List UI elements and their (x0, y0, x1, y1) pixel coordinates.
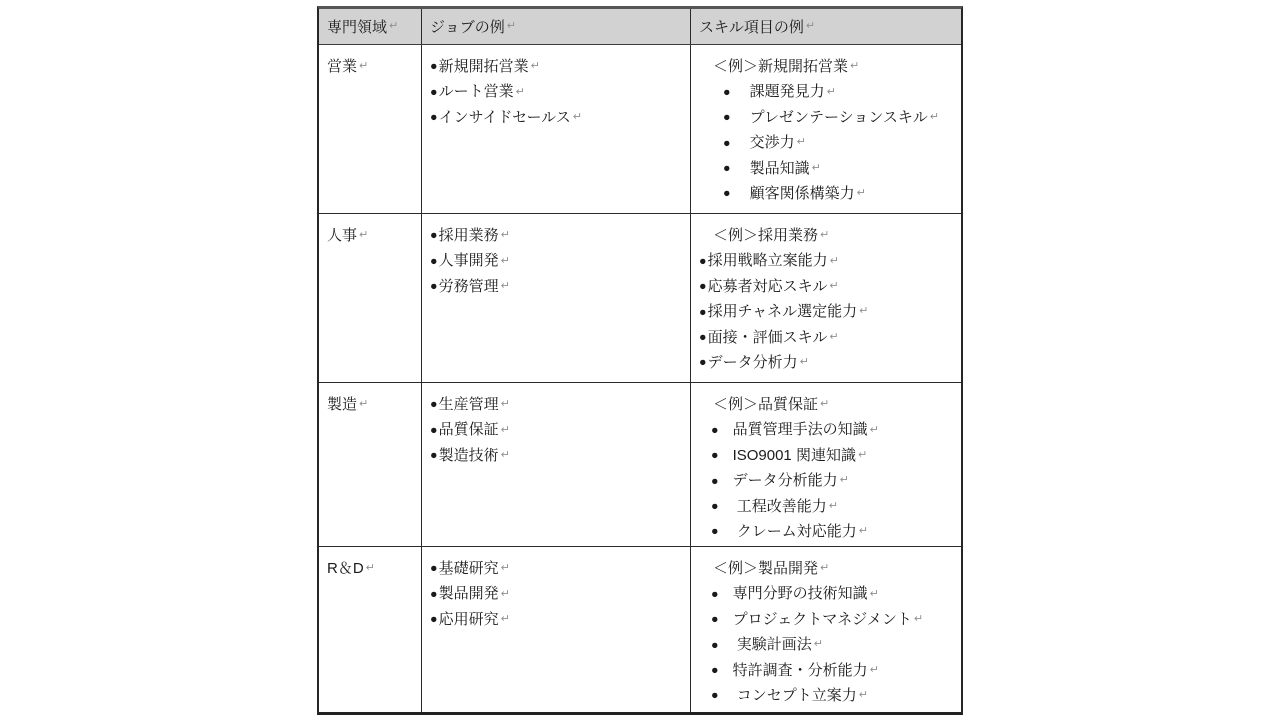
cell-end-mark: ↵ (800, 357, 809, 368)
cell-end-mark: ↵ (501, 399, 510, 410)
cell-end-mark: ↵ (850, 61, 859, 72)
skill-text: 品質管理手法の知識 (733, 417, 868, 442)
bullet-icon: ● (699, 306, 707, 319)
cell-end-mark: ↵ (812, 163, 821, 174)
cell-end-mark: ↵ (501, 450, 510, 461)
bullet-icon: ● (711, 424, 719, 437)
cell-end-mark: ↵ (507, 21, 516, 32)
skill-text: 採用戦略立案能力 (708, 248, 828, 273)
skill-item: ● 実験計画法↵ (699, 632, 953, 657)
skill-item: ●プレゼンテーションスキル↵ (699, 105, 953, 130)
cell-end-mark: ↵ (827, 87, 836, 98)
bullet-icon: ● (430, 562, 438, 575)
bullet-icon: ● (723, 86, 731, 99)
skills-title-text: ＜例＞採用業務 (713, 223, 818, 248)
area-label: R＆D↵ (327, 556, 413, 581)
header-label: スキル項目の例 (699, 16, 804, 37)
bullet-icon: ● (711, 500, 719, 513)
skill-item: ●採用チャネル選定能力↵ (699, 299, 953, 324)
cell-end-mark: ↵ (870, 589, 879, 600)
job-item: ●応用研究↵ (430, 607, 682, 632)
job-text: 人事開発 (439, 248, 499, 273)
jobs-cell: ●基礎研究↵●製品開発↵●応用研究↵ (422, 547, 691, 712)
job-text: インサイドセールス (439, 105, 571, 130)
job-text: ルート営業 (439, 79, 514, 104)
cell-end-mark: ↵ (501, 230, 510, 241)
skill-text: データ分析能力 (733, 468, 838, 493)
cell-end-mark: ↵ (914, 614, 923, 625)
bullet-icon: ● (711, 613, 719, 626)
cell-end-mark: ↵ (389, 21, 398, 32)
job-text: 製造技術 (439, 443, 499, 468)
skills-cell: ＜例＞製品開発↵●専門分野の技術知識↵●プロジェクトマネジメント↵● 実験計画法… (691, 547, 961, 712)
skills-example-title: ＜例＞製品開発↵ (699, 556, 953, 581)
job-text: 新規開拓営業 (439, 54, 529, 79)
cell-end-mark: ↵ (829, 501, 838, 512)
cell-end-mark: ↵ (814, 639, 823, 650)
skill-item: ● コンセプト立案力↵ (699, 683, 953, 708)
cell-end-mark: ↵ (858, 450, 867, 461)
bullet-icon: ● (699, 280, 707, 293)
cell-end-mark: ↵ (366, 563, 375, 574)
skill-text: クレーム対応能力 (733, 519, 857, 544)
skills-cell: ＜例＞新規開拓営業↵●課題発見力↵●プレゼンテーションスキル↵●交渉力↵●製品知… (691, 45, 961, 214)
bullet-icon: ● (699, 356, 707, 369)
area-label: 営業↵ (327, 54, 413, 79)
cell-end-mark: ↵ (820, 563, 829, 574)
jobs-cell: ●新規開拓営業↵●ルート営業↵●インサイドセールス↵ (422, 45, 691, 214)
skill-text: 実験計画法 (733, 632, 812, 657)
skill-item: ●課題発見力↵ (699, 79, 953, 104)
job-text: 製品開発 (439, 581, 499, 606)
job-text: 生産管理 (439, 392, 499, 417)
skills-cell: ＜例＞採用業務↵●採用戦略立案能力↵●応募者対応スキル↵●採用チャネル選定能力↵… (691, 214, 961, 383)
job-item: ●ルート営業↵ (430, 79, 682, 104)
skills-title-text: ＜例＞新規開拓営業 (713, 54, 848, 79)
skill-text: 顧客関係構築力 (750, 181, 855, 206)
cell-end-mark: ↵ (806, 21, 815, 32)
cell-end-mark: ↵ (829, 281, 838, 292)
job-item: ●品質保証↵ (430, 417, 682, 442)
header-cell-skills: スキル項目の例↵ (691, 9, 961, 45)
bullet-icon: ● (430, 86, 438, 99)
job-item: ●インサイドセールス↵ (430, 105, 682, 130)
bullet-icon: ● (711, 588, 719, 601)
job-item: ●労務管理↵ (430, 274, 682, 299)
skill-text: 面接・評価スキル (708, 325, 828, 350)
area-text: 営業 (327, 54, 357, 79)
cell-end-mark: ↵ (859, 526, 868, 537)
skill-item: ●応募者対応スキル↵ (699, 274, 953, 299)
cell-end-mark: ↵ (516, 87, 525, 98)
cell-end-mark: ↵ (859, 306, 868, 317)
bullet-icon: ● (699, 255, 707, 268)
skills-table: 専門領域↵ ジョブの例↵ スキル項目の例↵ 営業↵●新規開拓営業↵●ルート営業↵… (317, 6, 963, 715)
bullet-icon: ● (711, 475, 719, 488)
area-label: 製造↵ (327, 392, 413, 417)
jobs-cell: ●生産管理↵●品質保証↵●製造技術↵ (422, 383, 691, 547)
skill-text: コンセプト立案力 (733, 683, 857, 708)
cell-end-mark: ↵ (870, 425, 879, 436)
bullet-icon: ● (430, 255, 438, 268)
skill-text: ISO9001 関連知識 (733, 443, 856, 468)
job-item: ●製造技術↵ (430, 443, 682, 468)
skills-example-title: ＜例＞品質保証↵ (699, 392, 953, 417)
area-cell: R＆D↵ (319, 547, 422, 712)
cell-end-mark: ↵ (930, 112, 939, 123)
skill-item: ●面接・評価スキル↵ (699, 325, 953, 350)
area-text: 人事 (327, 223, 357, 248)
skill-text: 採用チャネル選定能力 (708, 299, 858, 324)
skill-text: 特許調査・分析能力 (733, 658, 868, 683)
area-text: 製造 (327, 392, 357, 417)
bullet-icon: ● (430, 60, 438, 73)
jobs-cell: ●採用業務↵●人事開発↵●労務管理↵ (422, 214, 691, 383)
job-text: 採用業務 (439, 223, 499, 248)
bullet-icon: ● (723, 162, 731, 175)
cell-end-mark: ↵ (870, 665, 879, 676)
skills-title-text: ＜例＞品質保証 (713, 392, 818, 417)
skill-item: ●交渉力↵ (699, 130, 953, 155)
cell-end-mark: ↵ (501, 281, 510, 292)
skills-example-title: ＜例＞採用業務↵ (699, 223, 953, 248)
cell-end-mark: ↵ (501, 256, 510, 267)
skill-item: ●プロジェクトマネジメント↵ (699, 607, 953, 632)
cell-end-mark: ↵ (840, 475, 849, 486)
skill-item: ●ISO9001 関連知識↵ (699, 443, 953, 468)
job-item: ●新規開拓営業↵ (430, 54, 682, 79)
skill-text: 専門分野の技術知識 (733, 581, 868, 606)
cell-end-mark: ↵ (820, 399, 829, 410)
bullet-icon: ● (723, 111, 731, 124)
cell-end-mark: ↵ (501, 563, 510, 574)
cell-end-mark: ↵ (859, 690, 868, 701)
skill-item: ●専門分野の技術知識↵ (699, 581, 953, 606)
bullet-icon: ● (430, 398, 438, 411)
cell-end-mark: ↵ (830, 256, 839, 267)
skills-example-title: ＜例＞新規開拓営業↵ (699, 54, 953, 79)
bullet-icon: ● (711, 525, 719, 538)
skill-item: ●特許調査・分析能力↵ (699, 658, 953, 683)
cell-end-mark: ↵ (359, 230, 368, 241)
skills-title-text: ＜例＞製品開発 (713, 556, 818, 581)
area-cell: 製造↵ (319, 383, 422, 547)
cell-end-mark: ↵ (501, 589, 510, 600)
bullet-icon: ● (723, 137, 731, 150)
header-cell-jobs: ジョブの例↵ (422, 9, 691, 45)
job-text: 品質保証 (439, 417, 499, 442)
job-text: 基礎研究 (439, 556, 499, 581)
job-item: ●生産管理↵ (430, 392, 682, 417)
skill-text: 課題発見力 (750, 79, 825, 104)
skill-text: 交渉力 (750, 130, 795, 155)
bullet-icon: ● (711, 639, 719, 652)
bullet-icon: ● (711, 664, 719, 677)
job-item: ●製品開発↵ (430, 581, 682, 606)
cell-end-mark: ↵ (829, 332, 838, 343)
bullet-icon: ● (430, 229, 438, 242)
skill-item: ●採用戦略立案能力↵ (699, 248, 953, 273)
skill-item: ● クレーム対応能力↵ (699, 519, 953, 544)
cell-end-mark: ↵ (501, 614, 510, 625)
skill-text: 工程改善能力 (733, 494, 827, 519)
job-item: ●人事開発↵ (430, 248, 682, 273)
bullet-icon: ● (430, 588, 438, 601)
bullet-icon: ● (430, 449, 438, 462)
cell-end-mark: ↵ (531, 61, 540, 72)
skill-item: ●データ分析能力↵ (699, 468, 953, 493)
skills-cell: ＜例＞品質保証↵●品質管理手法の知識↵●ISO9001 関連知識↵●データ分析能… (691, 383, 961, 547)
area-text: R＆D (327, 556, 364, 581)
skill-item: ●品質管理手法の知識↵ (699, 417, 953, 442)
area-cell: 人事↵ (319, 214, 422, 383)
cell-end-mark: ↵ (820, 230, 829, 241)
bullet-icon: ● (430, 613, 438, 626)
header-cell-area: 専門領域↵ (319, 9, 422, 45)
cell-end-mark: ↵ (857, 188, 866, 199)
cell-end-mark: ↵ (359, 399, 368, 410)
skill-item: ●製品知識↵ (699, 156, 953, 181)
area-cell: 営業↵ (319, 45, 422, 214)
skill-item: ●データ分析力↵ (699, 350, 953, 375)
bullet-icon: ● (723, 187, 731, 200)
bullet-icon: ● (699, 331, 707, 344)
bullet-icon: ● (430, 111, 438, 124)
bullet-icon: ● (711, 449, 719, 462)
skill-text: プレゼンテーションスキル (750, 105, 928, 130)
cell-end-mark: ↵ (573, 112, 582, 123)
bullet-icon: ● (430, 280, 438, 293)
skill-item: ●顧客関係構築力↵ (699, 181, 953, 206)
skill-item: ● 工程改善能力↵ (699, 494, 953, 519)
skill-text: プロジェクトマネジメント (733, 607, 912, 632)
bullet-icon: ● (430, 424, 438, 437)
job-item: ●採用業務↵ (430, 223, 682, 248)
header-label: ジョブの例 (430, 16, 505, 37)
cell-end-mark: ↵ (797, 137, 806, 148)
job-text: 労務管理 (439, 274, 499, 299)
bullet-icon: ● (711, 689, 719, 702)
skill-text: 製品知識 (750, 156, 810, 181)
header-label: 専門領域 (327, 16, 387, 37)
skill-text: 応募者対応スキル (708, 274, 828, 299)
job-item: ●基礎研究↵ (430, 556, 682, 581)
job-text: 応用研究 (439, 607, 499, 632)
cell-end-mark: ↵ (359, 61, 368, 72)
cell-end-mark: ↵ (501, 425, 510, 436)
area-label: 人事↵ (327, 223, 413, 248)
skill-text: データ分析力 (708, 350, 798, 375)
